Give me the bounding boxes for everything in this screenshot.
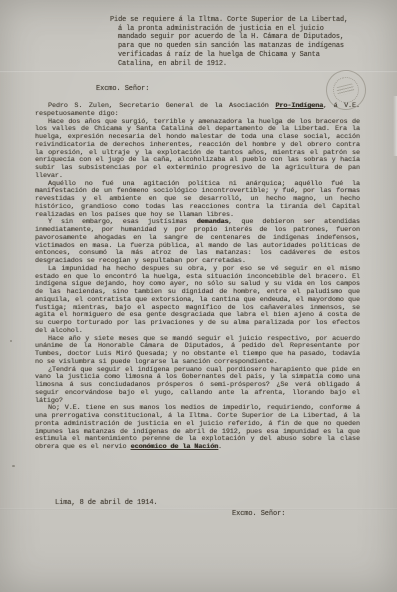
dateline: Lima, 8 de abril de 1914. <box>55 499 158 508</box>
paragraph-rhetorical-questions: ¿Tendrá que seguir el indígena peruano c… <box>35 367 360 406</box>
paragraph-request: No; V.E. tiene en sus manos los medios d… <box>35 405 360 452</box>
paragraph-text: . <box>218 443 222 451</box>
scanned-letter-page: Pide se requiere á la Iltma. Corte Super… <box>0 0 397 592</box>
paper-edge-highlight <box>393 96 397 156</box>
paragraph-impunity: La impunidad ha hecho despues su obra, y… <box>35 266 360 336</box>
paragraph-sociological: Aquéllo no fué una agitación política ni… <box>35 181 360 220</box>
paragraph-judicial-delay: Hace año y siete meses que se mandó segu… <box>35 336 360 367</box>
salutation-bottom: Excmo. Señor: <box>232 510 285 519</box>
paragraph-text: , que debieron ser atendidas inmediatame… <box>35 218 360 265</box>
ink-speck <box>12 465 15 467</box>
emphasized-text: económico de la Nación <box>131 443 219 451</box>
salutation-top: Excmo. Señor: <box>96 85 149 94</box>
ink-speck <box>10 340 12 342</box>
emphasized-text: Pro-Indígena <box>275 102 323 110</box>
petition-summary: Pide se requiere á la Iltma. Corte Super… <box>110 16 350 68</box>
letter-body: Pedro S. Zulen, Secretario General de la… <box>35 103 360 452</box>
paper-crease-bottom <box>0 508 397 510</box>
paragraph-introduction: Pedro S. Zulen, Secretario General de la… <box>35 103 360 119</box>
paragraph-strike-origin: Hace dos años que surgió, terrible y ame… <box>35 119 360 181</box>
paragraph-massacre: Y sin embargo, esas justísimas demandas,… <box>35 219 360 266</box>
